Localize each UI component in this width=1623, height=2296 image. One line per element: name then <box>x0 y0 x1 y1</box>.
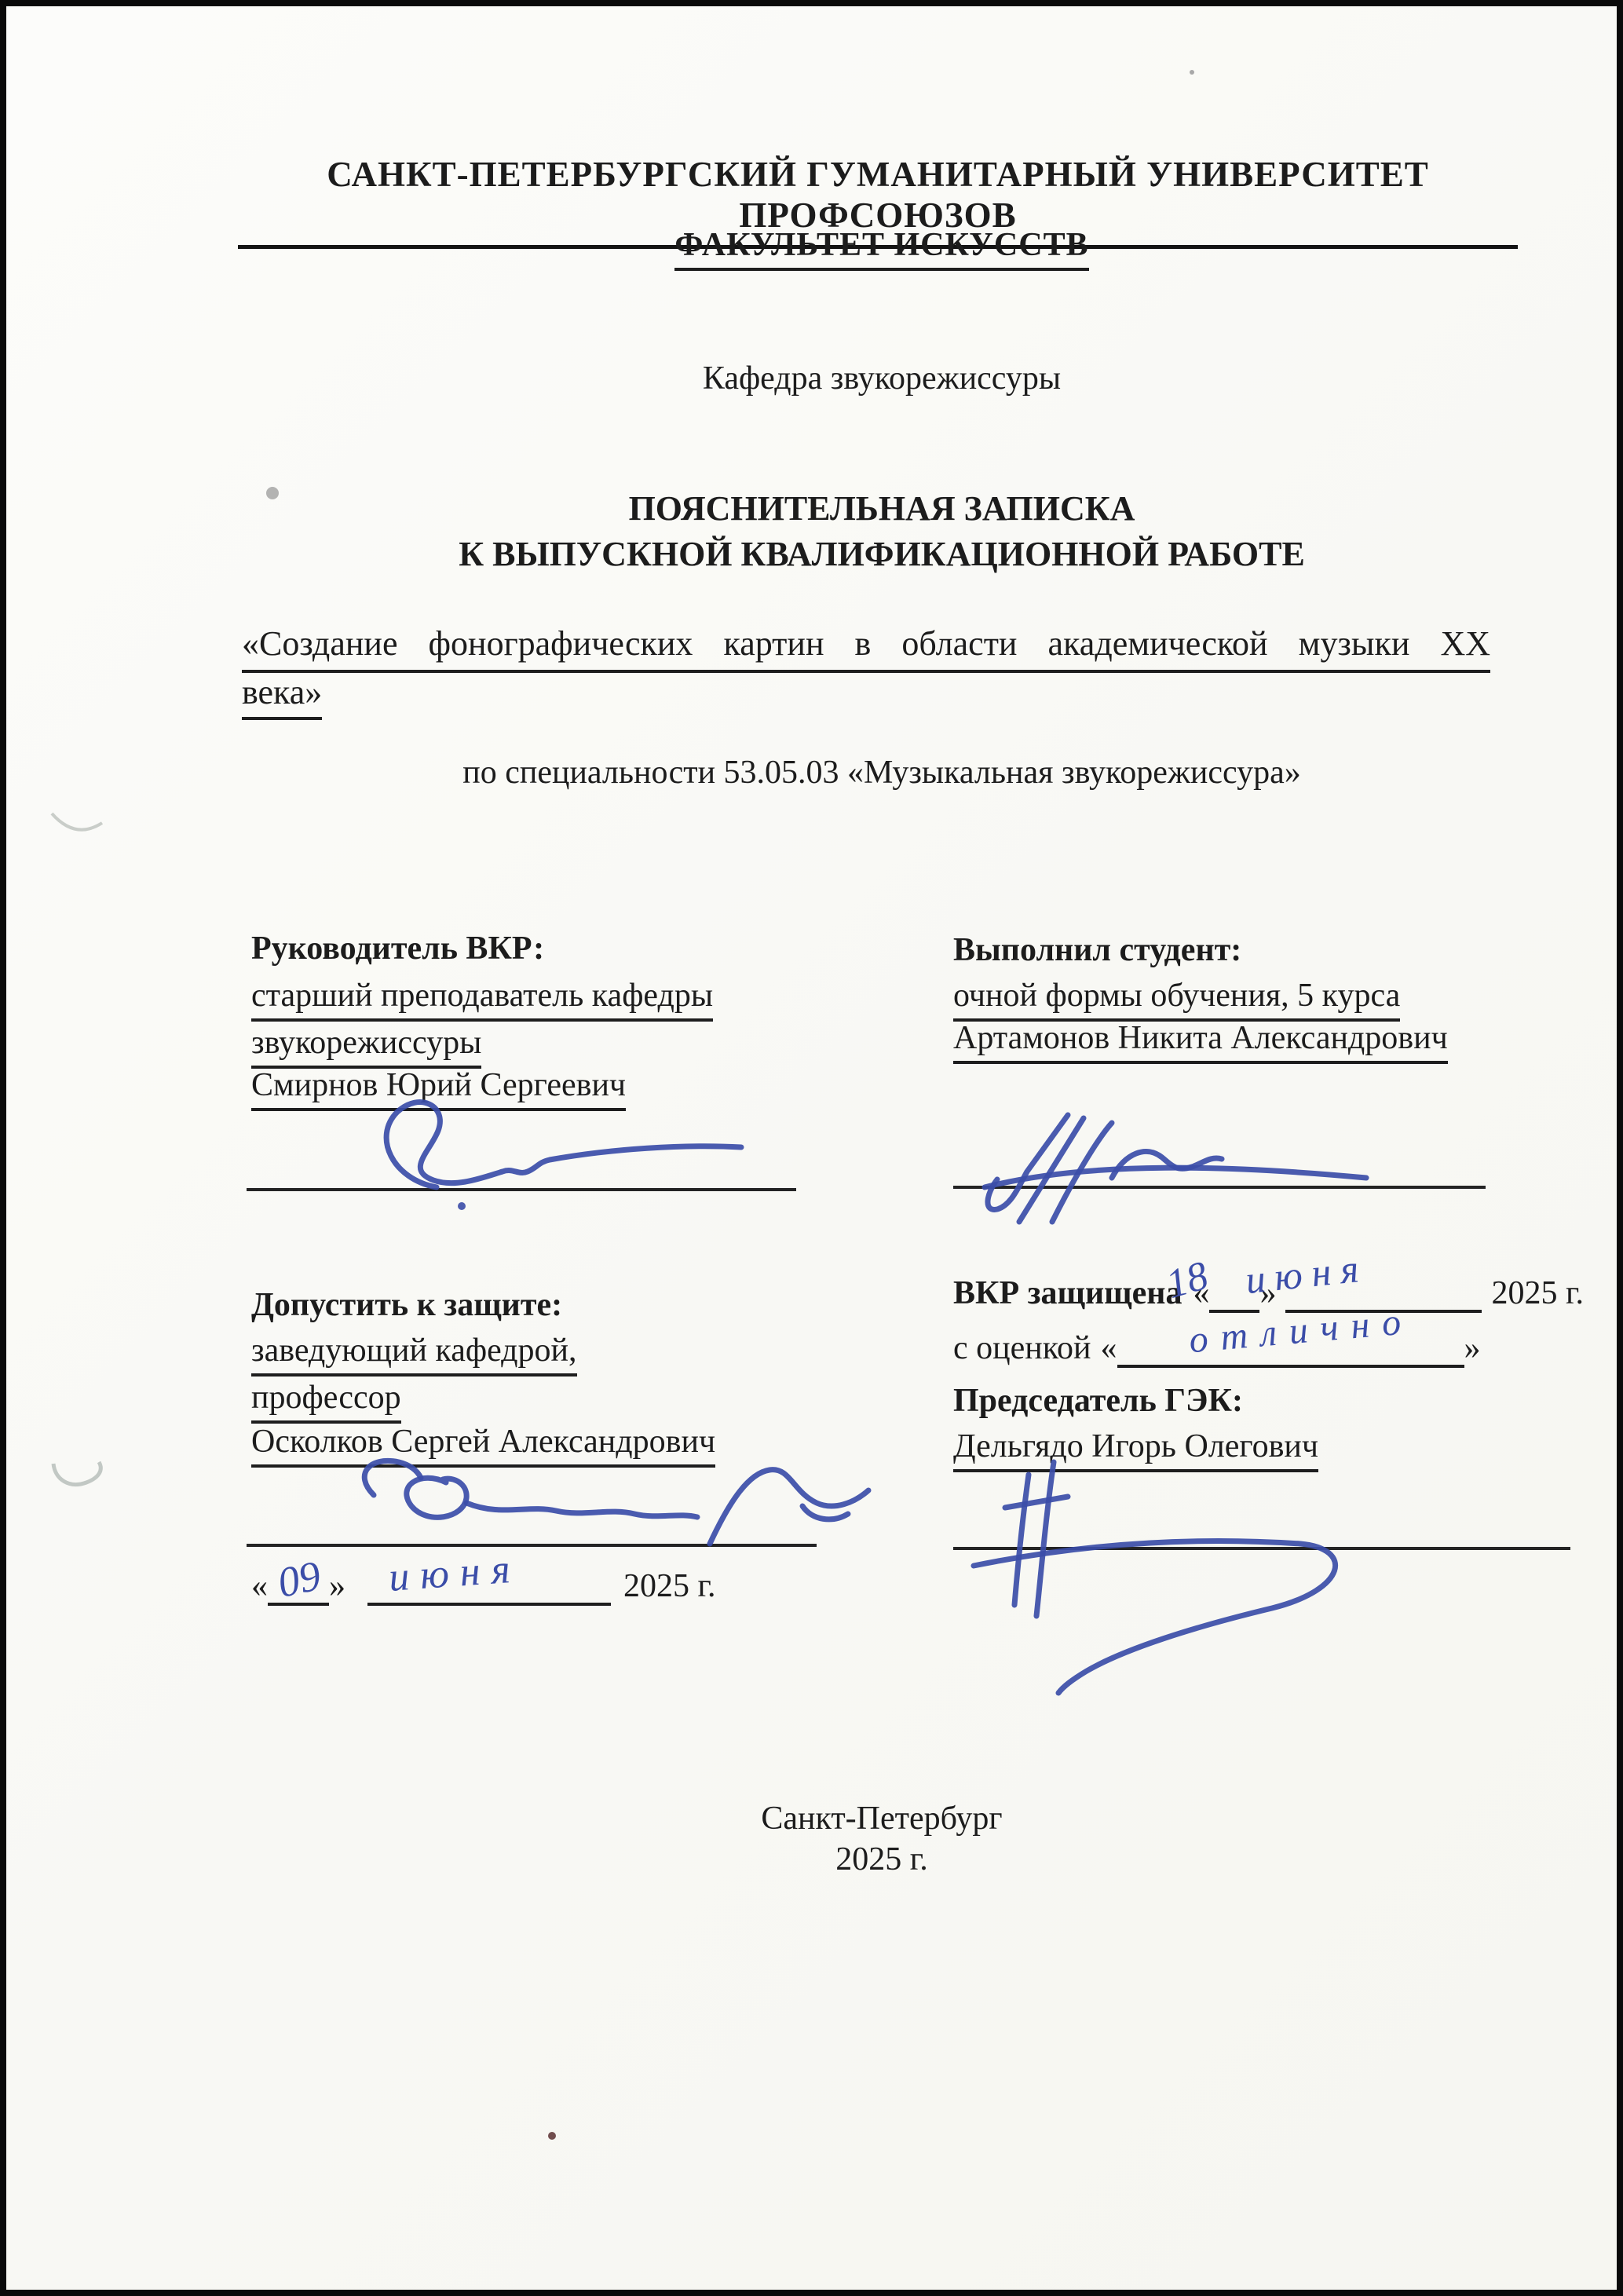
student-info: очной формы обучения, 5 курса <box>953 977 1400 1022</box>
thesis-title-page: САНКТ-ПЕТЕРБУРГСКИЙ ГУМАНИТАРНЫЙ УНИВЕРС… <box>0 0 1623 2296</box>
admission-name: Осколков Сергей Александрович <box>251 1423 715 1468</box>
supervisor-signature <box>386 1102 741 1210</box>
footer-year: 2025 г. <box>242 1841 1522 1878</box>
admission-day-handwritten: 09 <box>273 1551 325 1607</box>
department-name: Кафедра звукорежиссуры <box>242 360 1522 397</box>
work-title-line2-wrap: века» <box>242 672 322 720</box>
student-name-wrap: Артамонов Никита Александрович <box>953 1019 1448 1064</box>
chairman-name: Дельгядо Игорь Олегович <box>953 1428 1318 1472</box>
admission-signature <box>364 1461 868 1544</box>
scan-artifact-dot-bottom <box>548 2132 556 2140</box>
scan-artifact-curl-lower <box>53 1462 101 1485</box>
specialty-line: по специальности 53.05.03 «Музыкальная з… <box>242 754 1522 792</box>
grade-quote-open: « <box>1101 1330 1117 1366</box>
admission-position-line1: заведующий кафедрой, <box>251 1332 577 1377</box>
supervisor-position-line1-wrap: старший преподаватель кафедры <box>251 977 713 1022</box>
admission-date-row: «»2025 г. 09 июня <box>251 1567 716 1606</box>
student-info-wrap: очной формы обучения, 5 курса <box>953 977 1400 1022</box>
admission-position-line1-wrap: заведующий кафедрой, <box>251 1332 577 1377</box>
supervisor-position-line2: звукорежиссуры <box>251 1024 481 1069</box>
admission-position-line2: профессор <box>251 1379 401 1424</box>
admission-quote-close: » <box>329 1568 345 1604</box>
chairman-signature-line <box>953 1547 1570 1550</box>
supervisor-label: Руководитель ВКР: <box>251 930 544 967</box>
student-signature <box>985 1115 1366 1222</box>
defense-year: 2025 г. <box>1491 1275 1584 1311</box>
faculty-name: ФАКУЛЬТЕТ ИСКУССТВ <box>674 226 1088 271</box>
scan-artifact-curl-upper <box>52 813 102 830</box>
supervisor-position-line2-wrap: звукорежиссуры <box>251 1024 481 1069</box>
supervisor-signature-line <box>247 1188 796 1191</box>
grade-quote-close: » <box>1464 1330 1481 1366</box>
grade-label: с оценкой <box>953 1330 1091 1366</box>
doc-type-line1: ПОЯСНИТЕЛЬНАЯ ЗАПИСКА <box>242 488 1522 528</box>
admission-year: 2025 г. <box>623 1568 716 1604</box>
student-signature-line <box>953 1186 1486 1189</box>
city-name: Санкт-Петербург <box>242 1800 1522 1837</box>
work-title-line1: «Создание фонографических картин в облас… <box>242 623 1490 673</box>
scan-artifact-speck-top <box>1190 70 1194 75</box>
defense-date-row: ВКР защищена«»2025 г. 18 июня <box>953 1274 1584 1313</box>
doc-type-line2: К ВЫПУСКНОЙ КВАЛИФИКАЦИОННОЙ РАБОТЕ <box>242 534 1522 574</box>
admission-quote-open: « <box>251 1568 268 1604</box>
defense-label: ВКР защищена <box>953 1275 1182 1311</box>
chairman-signature <box>974 1462 1336 1693</box>
chairman-name-wrap: Дельгядо Игорь Олегович <box>953 1428 1318 1472</box>
supervisor-name-wrap: Смирнов Юрий Сергеевич <box>251 1066 626 1111</box>
defense-grade-row: с оценкой«» отлично <box>953 1329 1481 1368</box>
admission-month-handwritten: июня <box>387 1545 522 1601</box>
admission-position-line2-wrap: профессор <box>251 1379 401 1424</box>
student-label: Выполнил студент: <box>953 931 1241 969</box>
ink-overlay <box>6 6 1617 2290</box>
admission-label: Допустить к защите: <box>251 1286 562 1324</box>
supervisor-position-line1: старший преподаватель кафедры <box>251 977 713 1022</box>
student-name: Артамонов Никита Александрович <box>953 1019 1448 1064</box>
admission-name-wrap: Осколков Сергей Александрович <box>251 1423 715 1468</box>
admission-signature-line <box>247 1544 817 1547</box>
chairman-label: Председатель ГЭК: <box>953 1382 1243 1420</box>
work-title-line2: века» <box>242 673 322 720</box>
faculty-line: ФАКУЛЬТЕТ ИСКУССТВ <box>242 226 1522 271</box>
supervisor-name: Смирнов Юрий Сергеевич <box>251 1066 626 1111</box>
